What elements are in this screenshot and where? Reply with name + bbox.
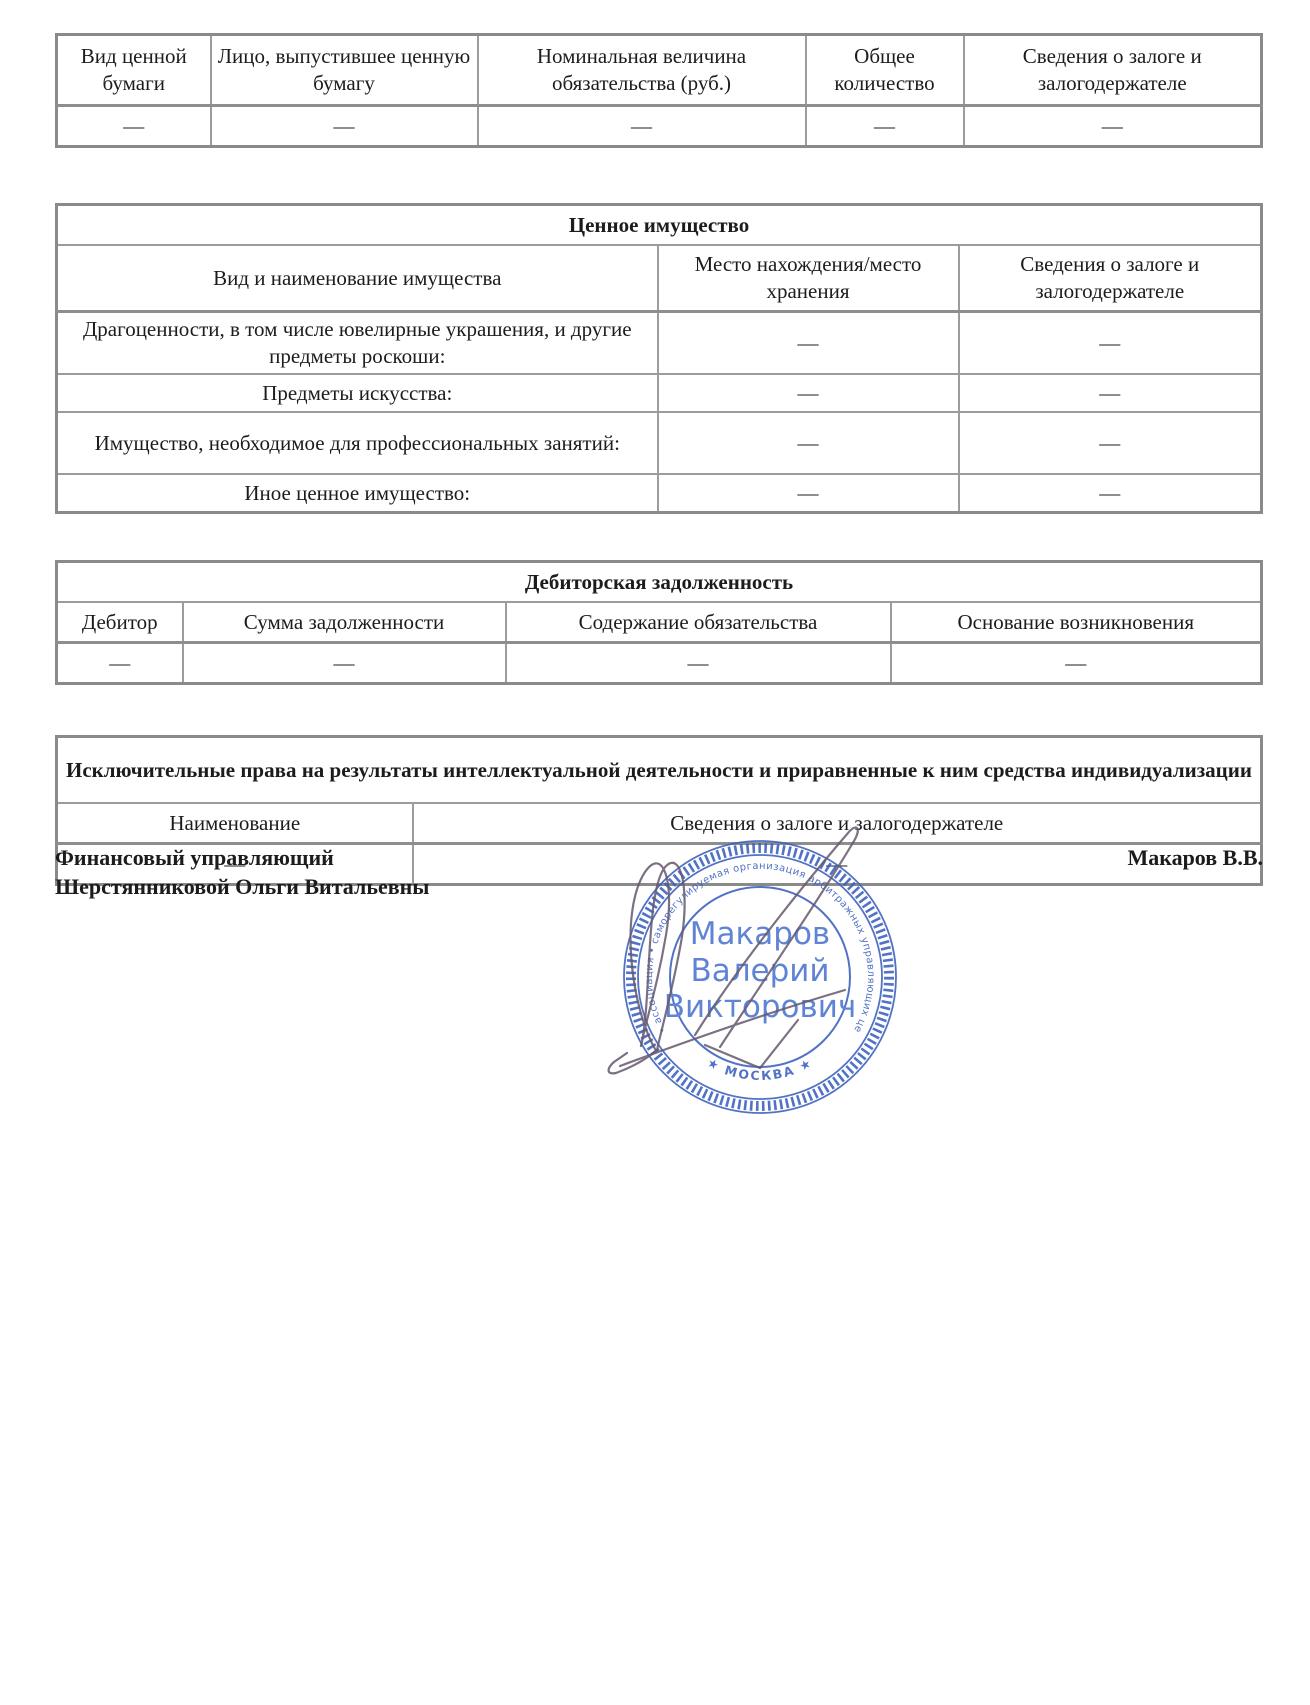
empty-cell: — bbox=[959, 374, 1262, 412]
table-row: Имущество, необходимое для профессиональ… bbox=[57, 412, 1262, 474]
empty-cell: — bbox=[959, 312, 1262, 375]
svg-text:Викторович: Викторович bbox=[664, 989, 857, 1025]
table-row: Предметы искусства: — — bbox=[57, 374, 1262, 412]
column-header: Сумма задолженности bbox=[183, 602, 506, 643]
column-header: Содержание обязательства bbox=[506, 602, 891, 643]
table-row: Драгоценности, в том числе ювелирные укр… bbox=[57, 312, 1262, 375]
receivables-table: Дебиторская задолженность Дебитор Сумма … bbox=[55, 560, 1263, 685]
column-header: Место нахождения/место хранения bbox=[658, 245, 959, 312]
empty-cell: — bbox=[658, 374, 959, 412]
table-row: — — — — — bbox=[57, 106, 1262, 147]
empty-cell: — bbox=[964, 106, 1262, 147]
empty-cell: — bbox=[658, 412, 959, 474]
empty-cell: — bbox=[891, 643, 1262, 684]
row-label: Драгоценности, в том числе ювелирные укр… bbox=[57, 312, 658, 375]
empty-cell: — bbox=[506, 643, 891, 684]
valuables-table: Ценное имущество Вид и наименование имущ… bbox=[55, 203, 1263, 514]
empty-cell: — bbox=[959, 412, 1262, 474]
debtor-name: Шерстянниковой Ольги Витальевны bbox=[55, 872, 429, 901]
table-title: Дебиторская задолженность bbox=[57, 562, 1262, 603]
empty-cell: — bbox=[658, 474, 959, 513]
table-title: Ценное имущество bbox=[57, 205, 1262, 246]
document-page: Вид ценной бумаги Лицо, выпустившее ценн… bbox=[0, 0, 1310, 1705]
column-header: Вид ценной бумаги bbox=[57, 35, 211, 106]
empty-cell: — bbox=[959, 474, 1262, 513]
empty-cell: — bbox=[658, 312, 959, 375]
column-header: Сведения о залоге и залогодержателе bbox=[959, 245, 1262, 312]
row-label: Имущество, необходимое для профессиональ… bbox=[57, 412, 658, 474]
empty-cell: — bbox=[57, 643, 183, 684]
column-header: Лицо, выпустившее ценную бумагу bbox=[211, 35, 478, 106]
column-header: Основание возникновения bbox=[891, 602, 1262, 643]
manager-name: Макаров В.В. bbox=[1127, 843, 1263, 872]
column-header: Вид и наименование имущества bbox=[57, 245, 658, 312]
empty-cell: — bbox=[806, 106, 964, 147]
financial-manager-label: Финансовый управляющий Шерстянниковой Ол… bbox=[55, 843, 429, 901]
column-header: Номинальная величина обязательства (руб.… bbox=[478, 35, 806, 106]
column-header: Общее количество bbox=[806, 35, 964, 106]
row-label: Иное ценное имущество: bbox=[57, 474, 658, 513]
row-label: Предметы искусства: bbox=[57, 374, 658, 412]
empty-cell: — bbox=[211, 106, 478, 147]
table-row: Иное ценное имущество: — — bbox=[57, 474, 1262, 513]
manager-title: Финансовый управляющий bbox=[55, 843, 429, 872]
table-row: — — — — bbox=[57, 643, 1262, 684]
column-header: Сведения о залоге и залогодержателе bbox=[964, 35, 1262, 106]
seal-city-text: ★ МОСКВА ★ bbox=[705, 1054, 815, 1083]
column-header: Дебитор bbox=[57, 602, 183, 643]
seal-center-name: Макаров Валерий Викторович bbox=[664, 916, 857, 1025]
signature-block: Финансовый управляющий Шерстянниковой Ол… bbox=[55, 843, 1263, 901]
empty-cell: — bbox=[57, 106, 211, 147]
svg-text:Валерий: Валерий bbox=[690, 953, 829, 989]
column-header: Сведения о залоге и залогодержателе bbox=[413, 803, 1262, 844]
table-title: Исключительные права на результаты интел… bbox=[57, 737, 1262, 804]
svg-text:Макаров: Макаров bbox=[690, 916, 830, 952]
empty-cell: — bbox=[183, 643, 506, 684]
column-header: Наименование bbox=[57, 803, 413, 844]
securities-table: Вид ценной бумаги Лицо, выпустившее ценн… bbox=[55, 33, 1263, 148]
empty-cell: — bbox=[478, 106, 806, 147]
